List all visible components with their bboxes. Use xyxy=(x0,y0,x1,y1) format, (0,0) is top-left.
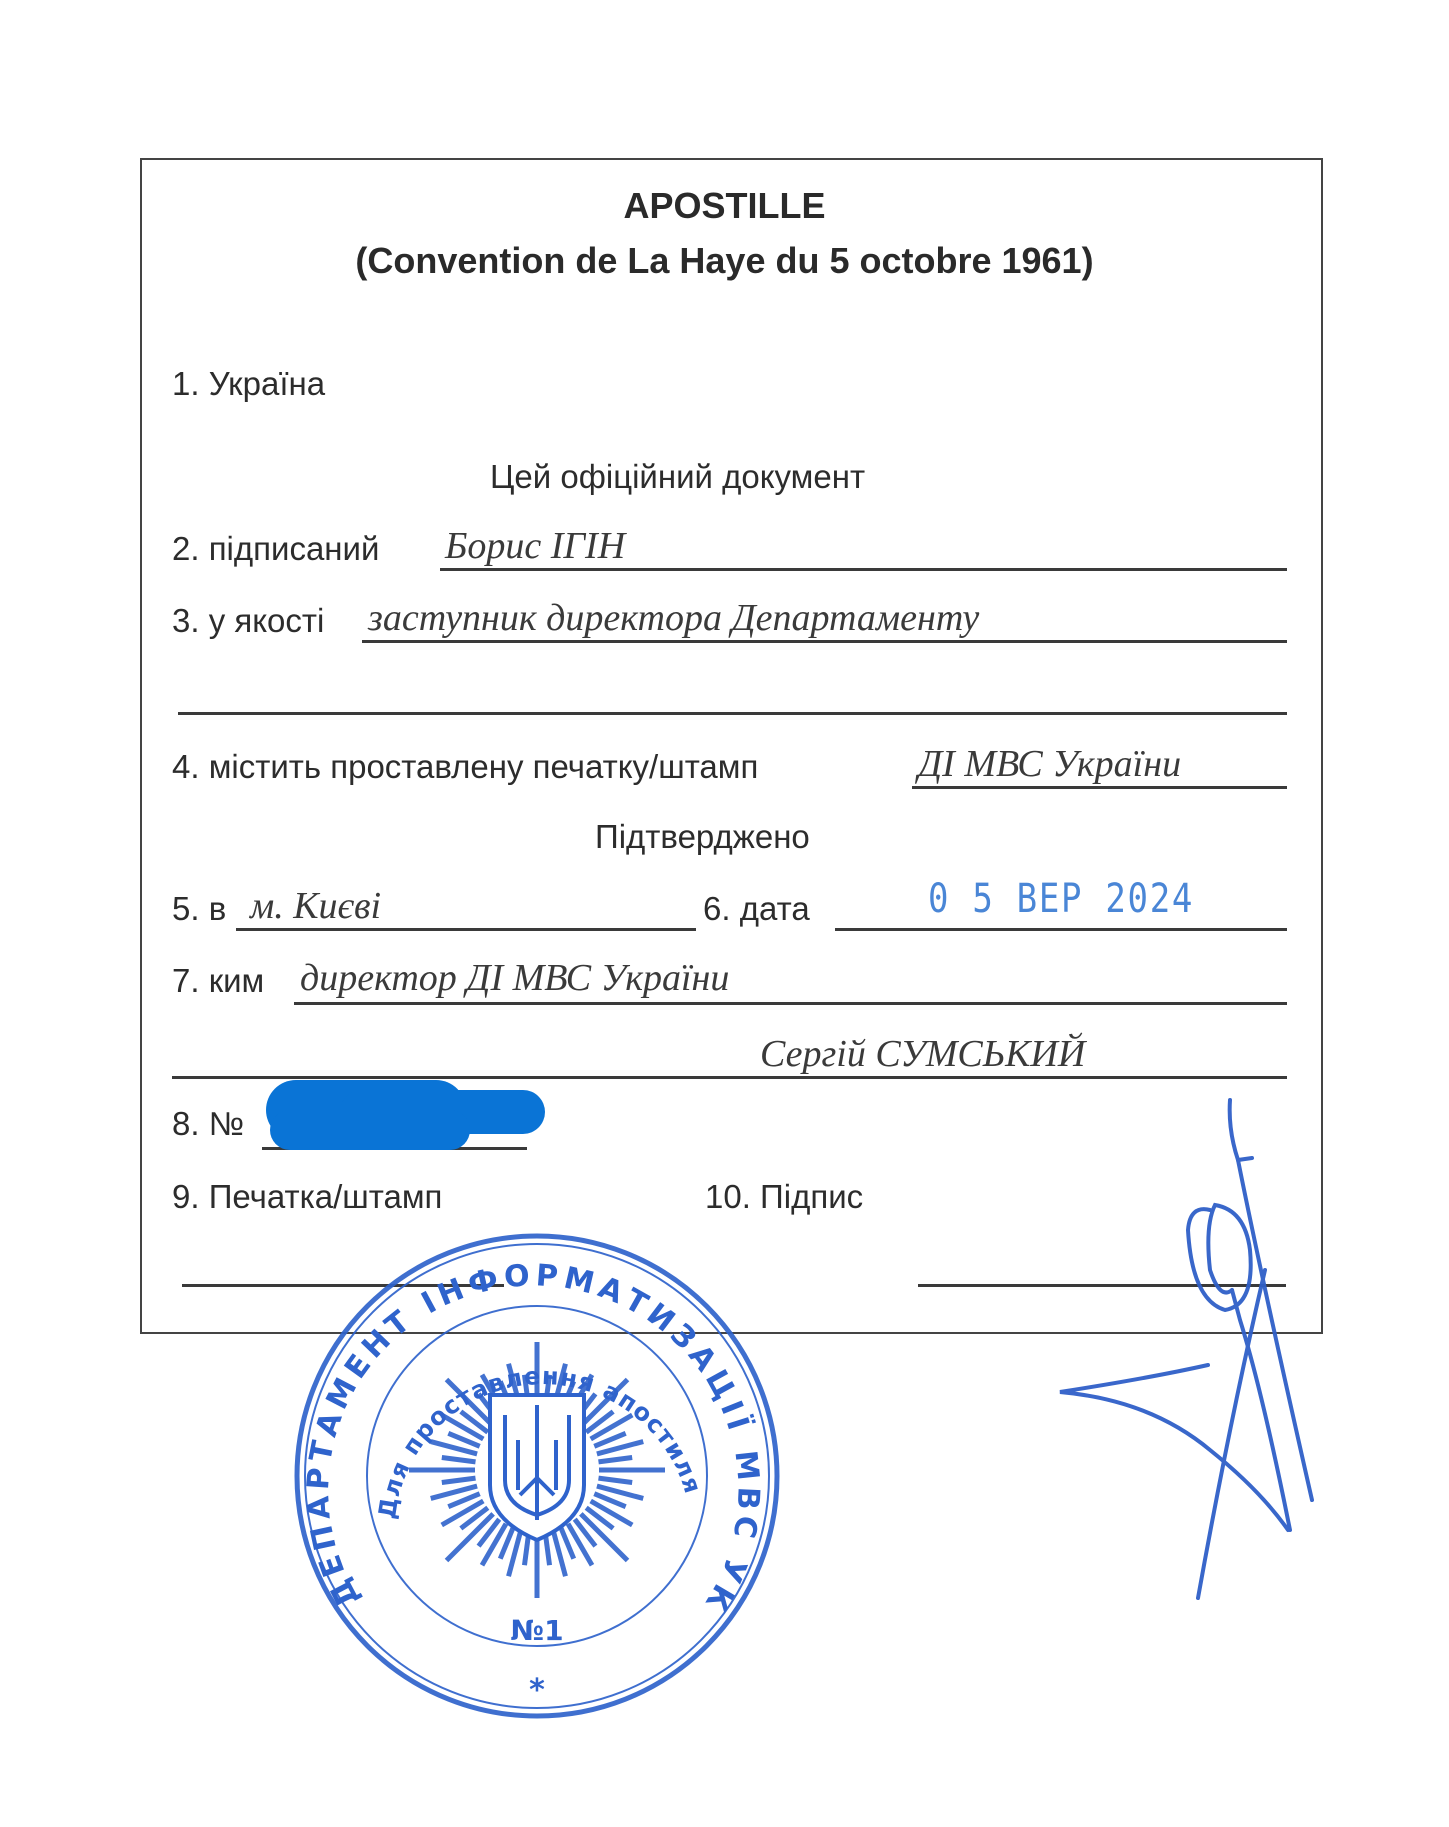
svg-text:ДЕПАРТАМЕНТ ІНФОРМАТИЗАЦІЇ МВС: ДЕПАРТАМЕНТ ІНФОРМАТИЗАЦІЇ МВС УКРАЇНИ xyxy=(0,0,766,1621)
signature xyxy=(1060,1100,1312,1598)
official-seal: ДЕПАРТАМЕНТ ІНФОРМАТИЗАЦІЇ МВС УКРАЇНИ Д… xyxy=(0,0,1449,1827)
seal-star: * xyxy=(529,1673,545,1708)
seal-outer-text: ДЕПАРТАМЕНТ ІНФОРМАТИЗАЦІЇ МВС УКРАЇНИ xyxy=(0,0,766,1621)
seal-number: №1 xyxy=(510,1614,563,1647)
